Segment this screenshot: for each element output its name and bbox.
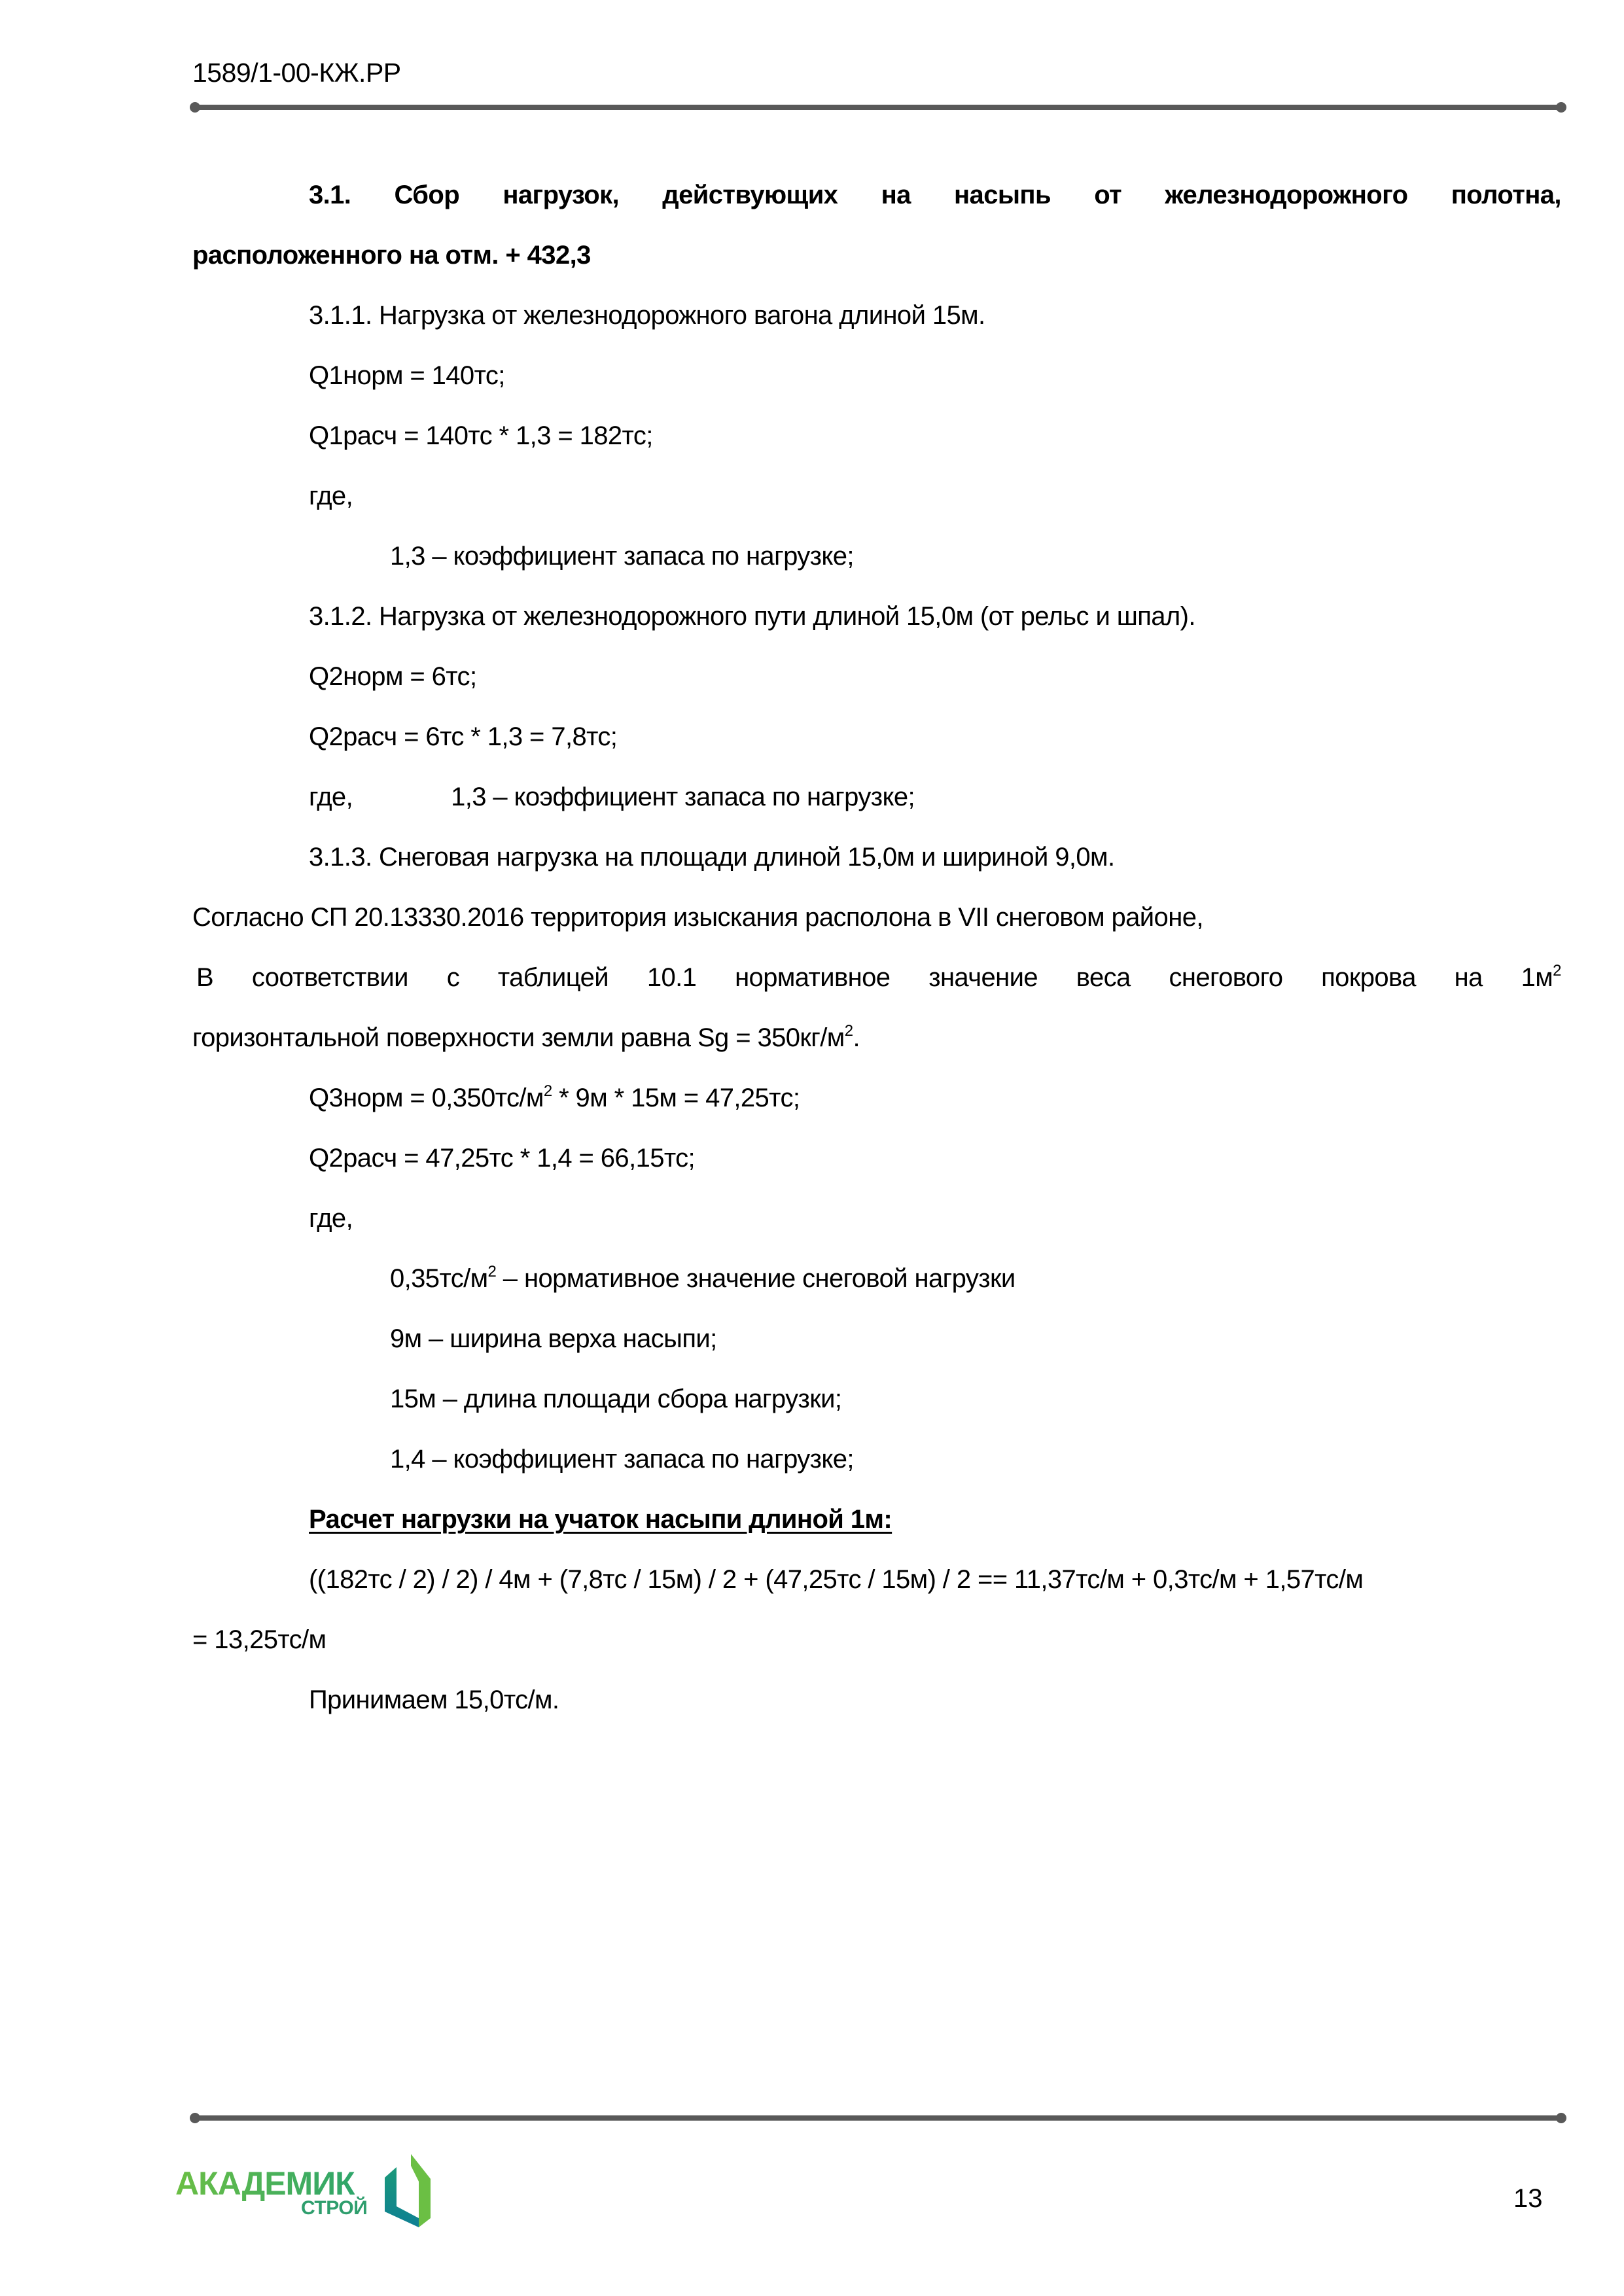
q2-norm: Q2норм = 6тс;: [192, 646, 1561, 707]
q2-coef-note: 1,3 – коэффициент запаса по нагрузке;: [451, 783, 915, 811]
header-rule: [194, 105, 1562, 110]
reference-word: с: [447, 947, 459, 1008]
q2-calc: Q2расч = 6тс * 1,3 = 7,8тс;: [192, 707, 1561, 767]
snow-load-definition: 0,35тс/м2 – нормативное значение снегово…: [192, 1248, 1561, 1309]
q3-coef-note: 1,4 – коэффициент запаса по нагрузке;: [192, 1429, 1561, 1489]
q1-where: где,: [192, 466, 1561, 526]
subsection-3-1-3-heading: 3.1.3. Снеговая нагрузка на площади длин…: [192, 827, 1561, 887]
summary-formula-line1: ((182тс / 2) / 2) / 4м + (7,8тс / 15м) /…: [192, 1549, 1561, 1610]
title-word: насыпь: [954, 165, 1051, 225]
house-icon: [380, 2153, 438, 2231]
page-number: 13: [1513, 2184, 1543, 2214]
summary-formula-line2: = 13,25тс/м: [192, 1610, 1561, 1670]
reference-word: снегового: [1169, 947, 1282, 1008]
subsection-3-1-1-heading: 3.1.1. Нагрузка от железнодорожного ваго…: [192, 285, 1561, 345]
q2-where-line: где,1,3 – коэффициент запаса по нагрузке…: [192, 767, 1561, 827]
q3-norm: Q3норм = 0,350тс/м2 * 9м * 15м = 47,25тс…: [192, 1068, 1561, 1128]
q1-calc: Q1расч = 140тс * 1,3 = 182тс;: [192, 406, 1561, 466]
title-word: на: [881, 165, 911, 225]
title-word: железнодорожного: [1165, 165, 1407, 225]
page-content: 3.1.Сборнагрузок,действующихнанасыпьотже…: [192, 165, 1561, 1730]
accepted-value: Принимаем 15,0тс/м.: [192, 1670, 1561, 1730]
company-logo: АКАДЕМИК СТРОЙ: [171, 2153, 433, 2231]
q3-where: где,: [192, 1188, 1561, 1248]
section-title-line1: 3.1.Сборнагрузок,действующихнанасыпьотже…: [192, 165, 1561, 225]
reference-word: веса: [1076, 947, 1131, 1008]
length-definition: 15м – длина площади сбора нагрузки;: [192, 1369, 1561, 1429]
reference-word: нормативное: [735, 947, 890, 1008]
title-word: от: [1094, 165, 1121, 225]
title-word: 3.1.: [309, 165, 351, 225]
reference-word: В: [196, 947, 213, 1008]
summary-heading: Расчет нагрузки на учаток насыпи длиной …: [192, 1489, 1561, 1549]
snow-table-reference-line2: горизонтальной поверхности земли равна S…: [192, 1008, 1561, 1068]
title-word: нагрузок,: [503, 165, 619, 225]
reference-word: значение: [928, 947, 1038, 1008]
reference-word: 10.1: [647, 947, 696, 1008]
subsection-3-1-2-heading: 3.1.2. Нагрузка от железнодорожного пути…: [192, 586, 1561, 646]
q2-where: где,: [309, 783, 353, 811]
q1-coef-note: 1,3 – коэффициент запаса по нагрузке;: [192, 526, 1561, 586]
title-word: действующих: [662, 165, 838, 225]
logo-sub-text: СТРОЙ: [301, 2197, 367, 2219]
width-definition: 9м – ширина верха насыпи;: [192, 1309, 1561, 1369]
snow-table-reference-line1: Всоответствиистаблицей10.1нормативноезна…: [192, 947, 1561, 1008]
reference-word: покрова: [1321, 947, 1416, 1008]
footer-rule: [194, 2115, 1562, 2121]
q1-norm: Q1норм = 140тс;: [192, 345, 1561, 406]
title-word: полотна,: [1451, 165, 1561, 225]
reference-word: 1м2: [1521, 947, 1561, 1008]
reference-word: на: [1455, 947, 1483, 1008]
title-word: Сбор: [395, 165, 460, 225]
section-title-line2: расположенного на отм. + 432,3: [192, 225, 1561, 285]
snow-norm-reference: Согласно СП 20.13330.2016 территория изы…: [192, 887, 1561, 947]
reference-word: соответствии: [252, 947, 408, 1008]
reference-word: таблицей: [498, 947, 609, 1008]
document-code: 1589/1-00-КЖ.РР: [192, 58, 401, 88]
q3-calc: Q2расч = 47,25тс * 1,4 = 66,15тс;: [192, 1128, 1561, 1188]
